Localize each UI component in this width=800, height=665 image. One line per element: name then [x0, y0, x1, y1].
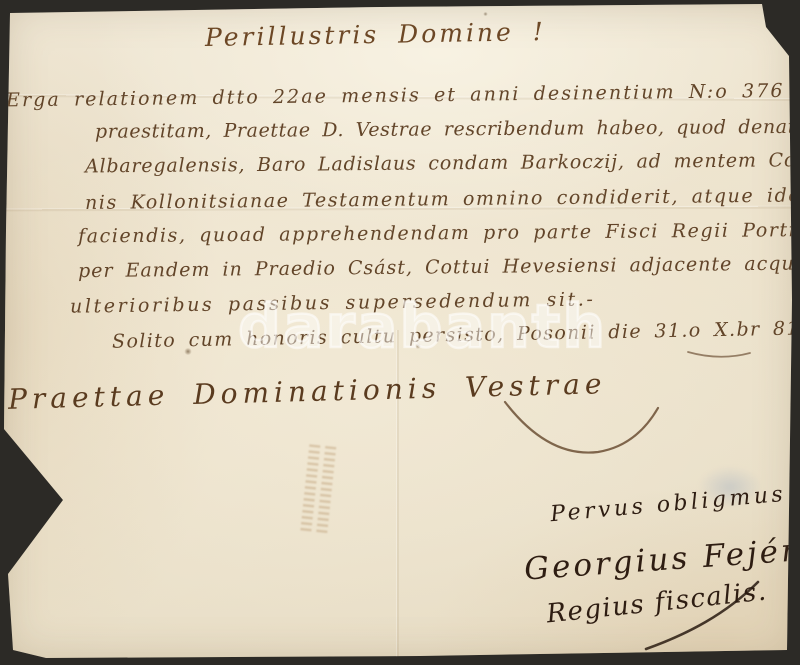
faded-ink-stamp	[297, 440, 340, 533]
stamp-text-column	[300, 441, 320, 532]
body-line-4: nis Kollonitsianae Testamentum omnino co…	[85, 184, 800, 214]
body-line-2: praestitam, Praettae D. Vestrae rescribe…	[95, 115, 800, 143]
ink-blot	[483, 12, 488, 16]
body-line-1: Erga relationem dtto 22ae mensis et anni…	[6, 79, 800, 112]
stamp-text-column	[316, 442, 336, 533]
photo-background: Perillustris Domine ! Erga relationem dt…	[0, 0, 800, 665]
body-line-6: per Eandem in Praedio Csást, Cottui Heve…	[78, 252, 800, 282]
body-line-7: ulterioribus passibus supersedendum sit.…	[70, 288, 596, 317]
body-line-5: faciendis, quoad apprehendendam pro part…	[78, 219, 800, 248]
body-line-8: Solito cum honoris cultu persisto, Poson…	[112, 317, 800, 352]
letter-paper: Perillustris Domine ! Erga relationem dt…	[0, 0, 800, 665]
body-line-3: Albaregalensis, Baro Ladislaus condam Ba…	[85, 149, 800, 178]
signature-title: Regius fiscalis.	[545, 576, 769, 629]
closing-formula: Praettae Dominationis Vestrae	[8, 367, 607, 416]
salutation: Perillustris Domine !	[205, 17, 546, 52]
signature-closing: Pervus obligmus	[549, 482, 787, 528]
